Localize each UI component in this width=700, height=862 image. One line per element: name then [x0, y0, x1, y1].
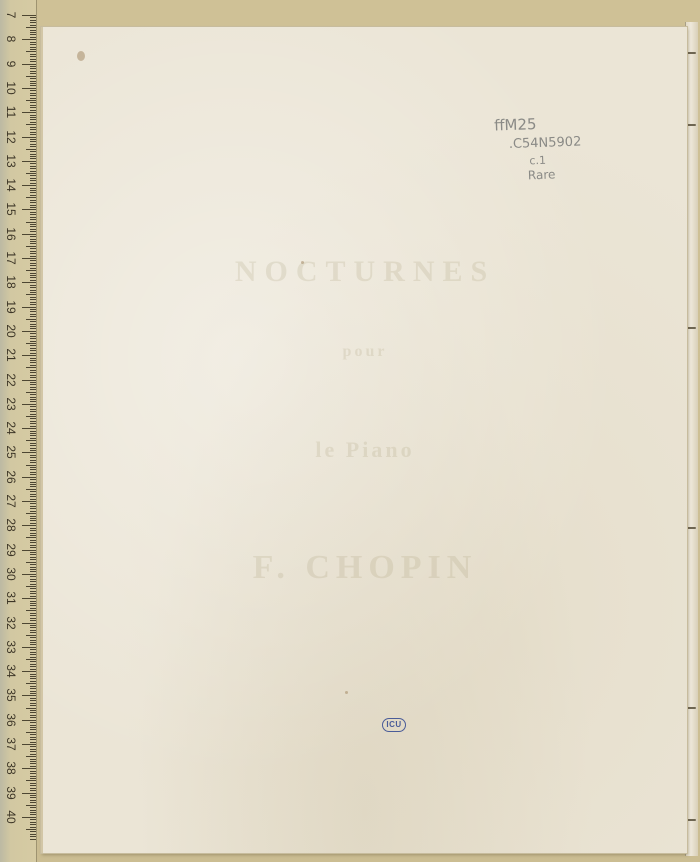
ruler-tick [30, 37, 36, 38]
ruler-tick [30, 226, 36, 227]
ruler-tick [26, 416, 36, 417]
ruler-tick [30, 734, 36, 735]
ruler-tick [30, 676, 36, 677]
ruler-tick [30, 260, 36, 261]
ruler-tick [22, 282, 36, 283]
ruler-tick [30, 443, 36, 444]
ruler-tick [30, 773, 36, 774]
ruler-tick [30, 217, 36, 218]
ruler-tick [22, 525, 36, 526]
ruler-tick [30, 30, 36, 31]
ruler-tick [30, 387, 36, 388]
ruler-tick [30, 666, 36, 667]
ruler-tick [30, 802, 36, 803]
ruler-label: 31 [5, 588, 17, 608]
ruler-tick [30, 460, 36, 461]
ruler-tick [26, 197, 36, 198]
ruler-tick [22, 112, 36, 113]
ruler-tick [30, 219, 36, 220]
ruler-tick [30, 788, 36, 789]
ruler-tick [30, 763, 36, 764]
ruler-tick [30, 654, 36, 655]
ruler-label: 39 [5, 783, 17, 803]
ruler-tick [26, 51, 36, 52]
ruler-tick [22, 185, 36, 186]
ruler-tick [22, 550, 36, 551]
ruler-tick [26, 708, 36, 709]
ruler-label: 18 [5, 272, 17, 292]
ruler-tick [22, 574, 36, 575]
ruler-tick [30, 122, 36, 123]
ruler-label: 28 [5, 515, 17, 535]
ruler-tick [30, 231, 36, 232]
ruler-tick [30, 85, 36, 86]
ruler-tick [30, 831, 36, 832]
ruler-tick [30, 205, 36, 206]
ruler-tick [30, 290, 36, 291]
ruler-tick [30, 377, 36, 378]
ruler-tick [30, 554, 36, 555]
ruler-tick [30, 180, 36, 181]
ruler-tick [30, 486, 36, 487]
ruler-tick [30, 154, 36, 155]
call-number-line: Rare [496, 166, 583, 184]
ruler-tick [30, 615, 36, 616]
ruler-tick [30, 433, 36, 434]
ruler-tick [30, 759, 36, 760]
ruler-tick [30, 457, 36, 458]
ruler-tick [30, 384, 36, 385]
ruler-tick [30, 56, 36, 57]
ruler-tick [22, 452, 36, 453]
ruler-tick [30, 474, 36, 475]
ruler-tick [30, 166, 36, 167]
ruler-tick [26, 537, 36, 538]
ruler-tick [26, 659, 36, 660]
ruler-tick [30, 423, 36, 424]
ruler-label: 27 [5, 491, 17, 511]
ruler-tick [30, 47, 36, 48]
ruler-tick [30, 207, 36, 208]
ruler-tick [30, 280, 36, 281]
ruler-tick [30, 540, 36, 541]
ruler-tick [30, 144, 36, 145]
ruler-tick [30, 479, 36, 480]
ruler-tick [30, 742, 36, 743]
ruler-label: 15 [5, 199, 17, 219]
ruler-tick [22, 355, 36, 356]
ruler-tick [30, 710, 36, 711]
ruler-tick [30, 681, 36, 682]
ruler-tick [30, 657, 36, 658]
ruler-tick [30, 202, 36, 203]
ruler-tick [22, 817, 36, 818]
ruler-tick [30, 163, 36, 164]
ruler-tick [30, 469, 36, 470]
ruler-tick [30, 613, 36, 614]
ruler-tick [30, 372, 36, 373]
ruler-label: 29 [5, 540, 17, 560]
ruler-tick [30, 712, 36, 713]
ruler-tick [30, 365, 36, 366]
ruler-tick [30, 596, 36, 597]
ruler-tick [30, 61, 36, 62]
measurement-ruler: 7891011121314151617181920212223242526272… [0, 0, 37, 862]
ruler-tick [22, 15, 36, 16]
ruler-tick [30, 528, 36, 529]
ruler-tick [30, 484, 36, 485]
ruler-tick [26, 27, 36, 28]
ruler-tick [30, 771, 36, 772]
ruler-tick [30, 533, 36, 534]
ruler-tick [30, 324, 36, 325]
ruler-tick [30, 326, 36, 327]
ruler-tick [30, 146, 36, 147]
ruler-tick [26, 440, 36, 441]
ruler-tick [30, 545, 36, 546]
ruler-tick [30, 703, 36, 704]
ruler-tick [30, 34, 36, 35]
ruler-label: 23 [5, 394, 17, 414]
ruler-tick [30, 362, 36, 363]
ruler-label: 30 [5, 564, 17, 584]
ruler-label: 17 [5, 248, 17, 268]
ruler-tick [30, 17, 36, 18]
ruler-tick [30, 25, 36, 26]
ruler-tick [26, 805, 36, 806]
ruler-tick [30, 824, 36, 825]
ruler-tick [30, 593, 36, 594]
ruler-tick [30, 579, 36, 580]
ruler-tick [30, 839, 36, 840]
ruler-tick [22, 88, 36, 89]
ruler-tick [30, 797, 36, 798]
ruler-tick [30, 520, 36, 521]
ruler-tick [30, 688, 36, 689]
ruler-tick [30, 239, 36, 240]
ruler-tick [30, 297, 36, 298]
ruler-tick [30, 630, 36, 631]
ruler-tick [30, 674, 36, 675]
ruler-tick [22, 137, 36, 138]
ruler-tick [30, 603, 36, 604]
ruler-tick [30, 119, 36, 120]
ruler-tick [30, 783, 36, 784]
call-number-line: .C54N5902 [495, 132, 582, 154]
ruler-tick [30, 450, 36, 451]
ruler-label: 14 [5, 175, 17, 195]
ruler-label: 20 [5, 321, 17, 341]
ruler-tick [30, 83, 36, 84]
ruler-tick [30, 827, 36, 828]
ruler-tick [30, 814, 36, 815]
ruler-tick [30, 627, 36, 628]
ruler-tick [26, 465, 36, 466]
ruler-tick [30, 287, 36, 288]
ruler-tick [22, 307, 36, 308]
ruler-tick [26, 683, 36, 684]
ruler-tick [30, 192, 36, 193]
ruler-tick [30, 542, 36, 543]
ruler-tick [30, 350, 36, 351]
ruler-tick [30, 608, 36, 609]
ruler-label: 10 [5, 78, 17, 98]
ruler-tick [30, 78, 36, 79]
ruler-tick [30, 389, 36, 390]
ruler-tick [30, 66, 36, 67]
ruler-tick [30, 511, 36, 512]
ruler-tick [30, 134, 36, 135]
ruler-tick [22, 744, 36, 745]
ruler-tick [30, 438, 36, 439]
ruler-tick [30, 59, 36, 60]
ruler-tick [30, 644, 36, 645]
ruler-tick [30, 698, 36, 699]
ruler-tick [30, 98, 36, 99]
ruler-tick [30, 640, 36, 641]
ruler-tick [30, 183, 36, 184]
ruler-tick [30, 195, 36, 196]
ruler-tick [30, 224, 36, 225]
ruler-tick [26, 780, 36, 781]
ruler-tick [30, 341, 36, 342]
ruler-tick [30, 360, 36, 361]
ruler-tick [30, 212, 36, 213]
ruler-tick [26, 343, 36, 344]
ruler-tick [30, 171, 36, 172]
ruler-tick [30, 754, 36, 755]
ruler-tick [26, 392, 36, 393]
ruler-tick [30, 785, 36, 786]
ruler-tick [30, 722, 36, 723]
ruler-tick [30, 68, 36, 69]
ruler-tick [30, 508, 36, 509]
ruler-tick [30, 32, 36, 33]
ruler-tick [30, 345, 36, 346]
ruler-label: 8 [5, 29, 17, 49]
ruler-tick [30, 836, 36, 837]
ruler-tick [30, 158, 36, 159]
ruler-tick [30, 790, 36, 791]
ruler-label: 38 [5, 758, 17, 778]
ruler-tick [30, 652, 36, 653]
ruler-tick [30, 414, 36, 415]
ruler-label: 34 [5, 661, 17, 681]
ruler-tick [30, 618, 36, 619]
ruler-tick [30, 22, 36, 23]
ruler-label: 26 [5, 467, 17, 487]
ruler-tick [30, 601, 36, 602]
ruler-tick [30, 632, 36, 633]
ruler-tick [30, 834, 36, 835]
ruler-tick [30, 353, 36, 354]
ruler-tick [26, 489, 36, 490]
ruler-tick [30, 725, 36, 726]
ruler-label: 40 [5, 807, 17, 827]
ruler-tick [26, 756, 36, 757]
ruler-label: 24 [5, 418, 17, 438]
ruler-tick [30, 117, 36, 118]
ruler-tick [30, 129, 36, 130]
ruler-tick [30, 81, 36, 82]
ruler-tick [30, 285, 36, 286]
ruler-label: 25 [5, 442, 17, 462]
ruler-tick [30, 751, 36, 752]
ruler-tick [30, 778, 36, 779]
ruler-tick [30, 399, 36, 400]
ruler-tick [26, 270, 36, 271]
ruler-tick [30, 567, 36, 568]
ruler-label: 12 [5, 127, 17, 147]
ruler-tick [30, 576, 36, 577]
ruler-tick [30, 229, 36, 230]
ruler-tick [30, 168, 36, 169]
ruler-label: 37 [5, 734, 17, 754]
ruler-tick [30, 251, 36, 252]
ruler-tick [26, 610, 36, 611]
ruler-tick [30, 333, 36, 334]
ruler-tick [30, 336, 36, 337]
ruler-tick [30, 462, 36, 463]
ruler-tick [30, 375, 36, 376]
ruler-tick [30, 819, 36, 820]
ruler-tick [26, 513, 36, 514]
ruler-tick [26, 319, 36, 320]
ruler-tick [30, 810, 36, 811]
ruler-tick [26, 124, 36, 125]
ruler-tick [26, 246, 36, 247]
ruler-tick [26, 562, 36, 563]
ruler-tick [30, 795, 36, 796]
ruler-tick [30, 557, 36, 558]
ruler-tick [22, 331, 36, 332]
ruler-tick [30, 311, 36, 312]
ruler-tick [30, 236, 36, 237]
ruler-tick [30, 455, 36, 456]
show-through-instrument: le Piano [43, 437, 687, 463]
ruler-label: 21 [5, 345, 17, 365]
ruler-tick [30, 581, 36, 582]
ruler-tick [30, 241, 36, 242]
ruler-tick [26, 586, 36, 587]
show-through-composer: F. CHOPIN [43, 549, 687, 587]
ruler-tick [30, 401, 36, 402]
ruler-tick [26, 100, 36, 101]
ruler-tick [30, 394, 36, 395]
ruler-tick [30, 535, 36, 536]
ruler-tick [26, 222, 36, 223]
ruler-tick [30, 49, 36, 50]
ruler-tick [26, 294, 36, 295]
ruler-tick [30, 591, 36, 592]
ruler-tick [30, 141, 36, 142]
ruler-tick [30, 263, 36, 264]
ruler-tick [30, 348, 36, 349]
ruler-tick [30, 73, 36, 74]
ruler-tick [22, 598, 36, 599]
ruler-tick [30, 530, 36, 531]
ruler-label: 13 [5, 151, 17, 171]
ruler-tick [30, 275, 36, 276]
ruler-label: 16 [5, 224, 17, 244]
library-stamp: ICU [382, 718, 406, 732]
ruler-tick [30, 115, 36, 116]
ruler-tick [30, 299, 36, 300]
ruler-tick [26, 149, 36, 150]
ruler-tick [30, 506, 36, 507]
ruler-tick [30, 426, 36, 427]
ruler-tick [30, 715, 36, 716]
show-through-subtitle: pour [43, 343, 687, 361]
ruler-tick [30, 190, 36, 191]
ruler-tick [30, 273, 36, 274]
ruler-tick [30, 309, 36, 310]
ruler-tick [30, 776, 36, 777]
ruler-label: 35 [5, 685, 17, 705]
ruler-tick [22, 380, 36, 381]
ruler-tick [30, 700, 36, 701]
ruler-tick [30, 200, 36, 201]
ruler-tick [22, 793, 36, 794]
ruler-tick [30, 418, 36, 419]
ruler-tick [30, 93, 36, 94]
ruler-tick [30, 431, 36, 432]
ruler-tick [30, 669, 36, 670]
ruler-tick [30, 338, 36, 339]
ruler-tick [30, 358, 36, 359]
ruler-tick [30, 42, 36, 43]
ruler-tick [30, 691, 36, 692]
ruler-tick [30, 552, 36, 553]
foxing-spot [77, 51, 85, 61]
ruler-tick [22, 428, 36, 429]
ruler-tick [26, 732, 36, 733]
ruler-tick [30, 435, 36, 436]
ruler-tick [30, 54, 36, 55]
ruler-tick [30, 482, 36, 483]
ruler-tick [30, 642, 36, 643]
ruler-tick [30, 248, 36, 249]
ruler-tick [22, 768, 36, 769]
ruler-tick [30, 605, 36, 606]
ruler-tick [30, 559, 36, 560]
ruler-tick [30, 569, 36, 570]
ruler-tick [30, 649, 36, 650]
ruler-tick [30, 321, 36, 322]
ruler-tick [30, 584, 36, 585]
ruler-tick [30, 717, 36, 718]
ruler-tick [30, 661, 36, 662]
ruler-tick [22, 258, 36, 259]
show-through-title: NOCTURNES [43, 255, 687, 289]
ruler-tick [30, 253, 36, 254]
ruler-tick [30, 156, 36, 157]
ruler-tick [30, 494, 36, 495]
ruler-tick [30, 90, 36, 91]
ruler-tick [22, 647, 36, 648]
ruler-tick [30, 746, 36, 747]
ruler-tick [30, 807, 36, 808]
ruler-tick [22, 623, 36, 624]
ruler-tick [30, 265, 36, 266]
ruler-label: 9 [5, 54, 17, 74]
ruler-label: 22 [5, 370, 17, 390]
ruler-tick [26, 76, 36, 77]
ruler-label: 33 [5, 637, 17, 657]
ruler-tick [30, 406, 36, 407]
ruler-tick [30, 503, 36, 504]
ruler-label: 19 [5, 297, 17, 317]
